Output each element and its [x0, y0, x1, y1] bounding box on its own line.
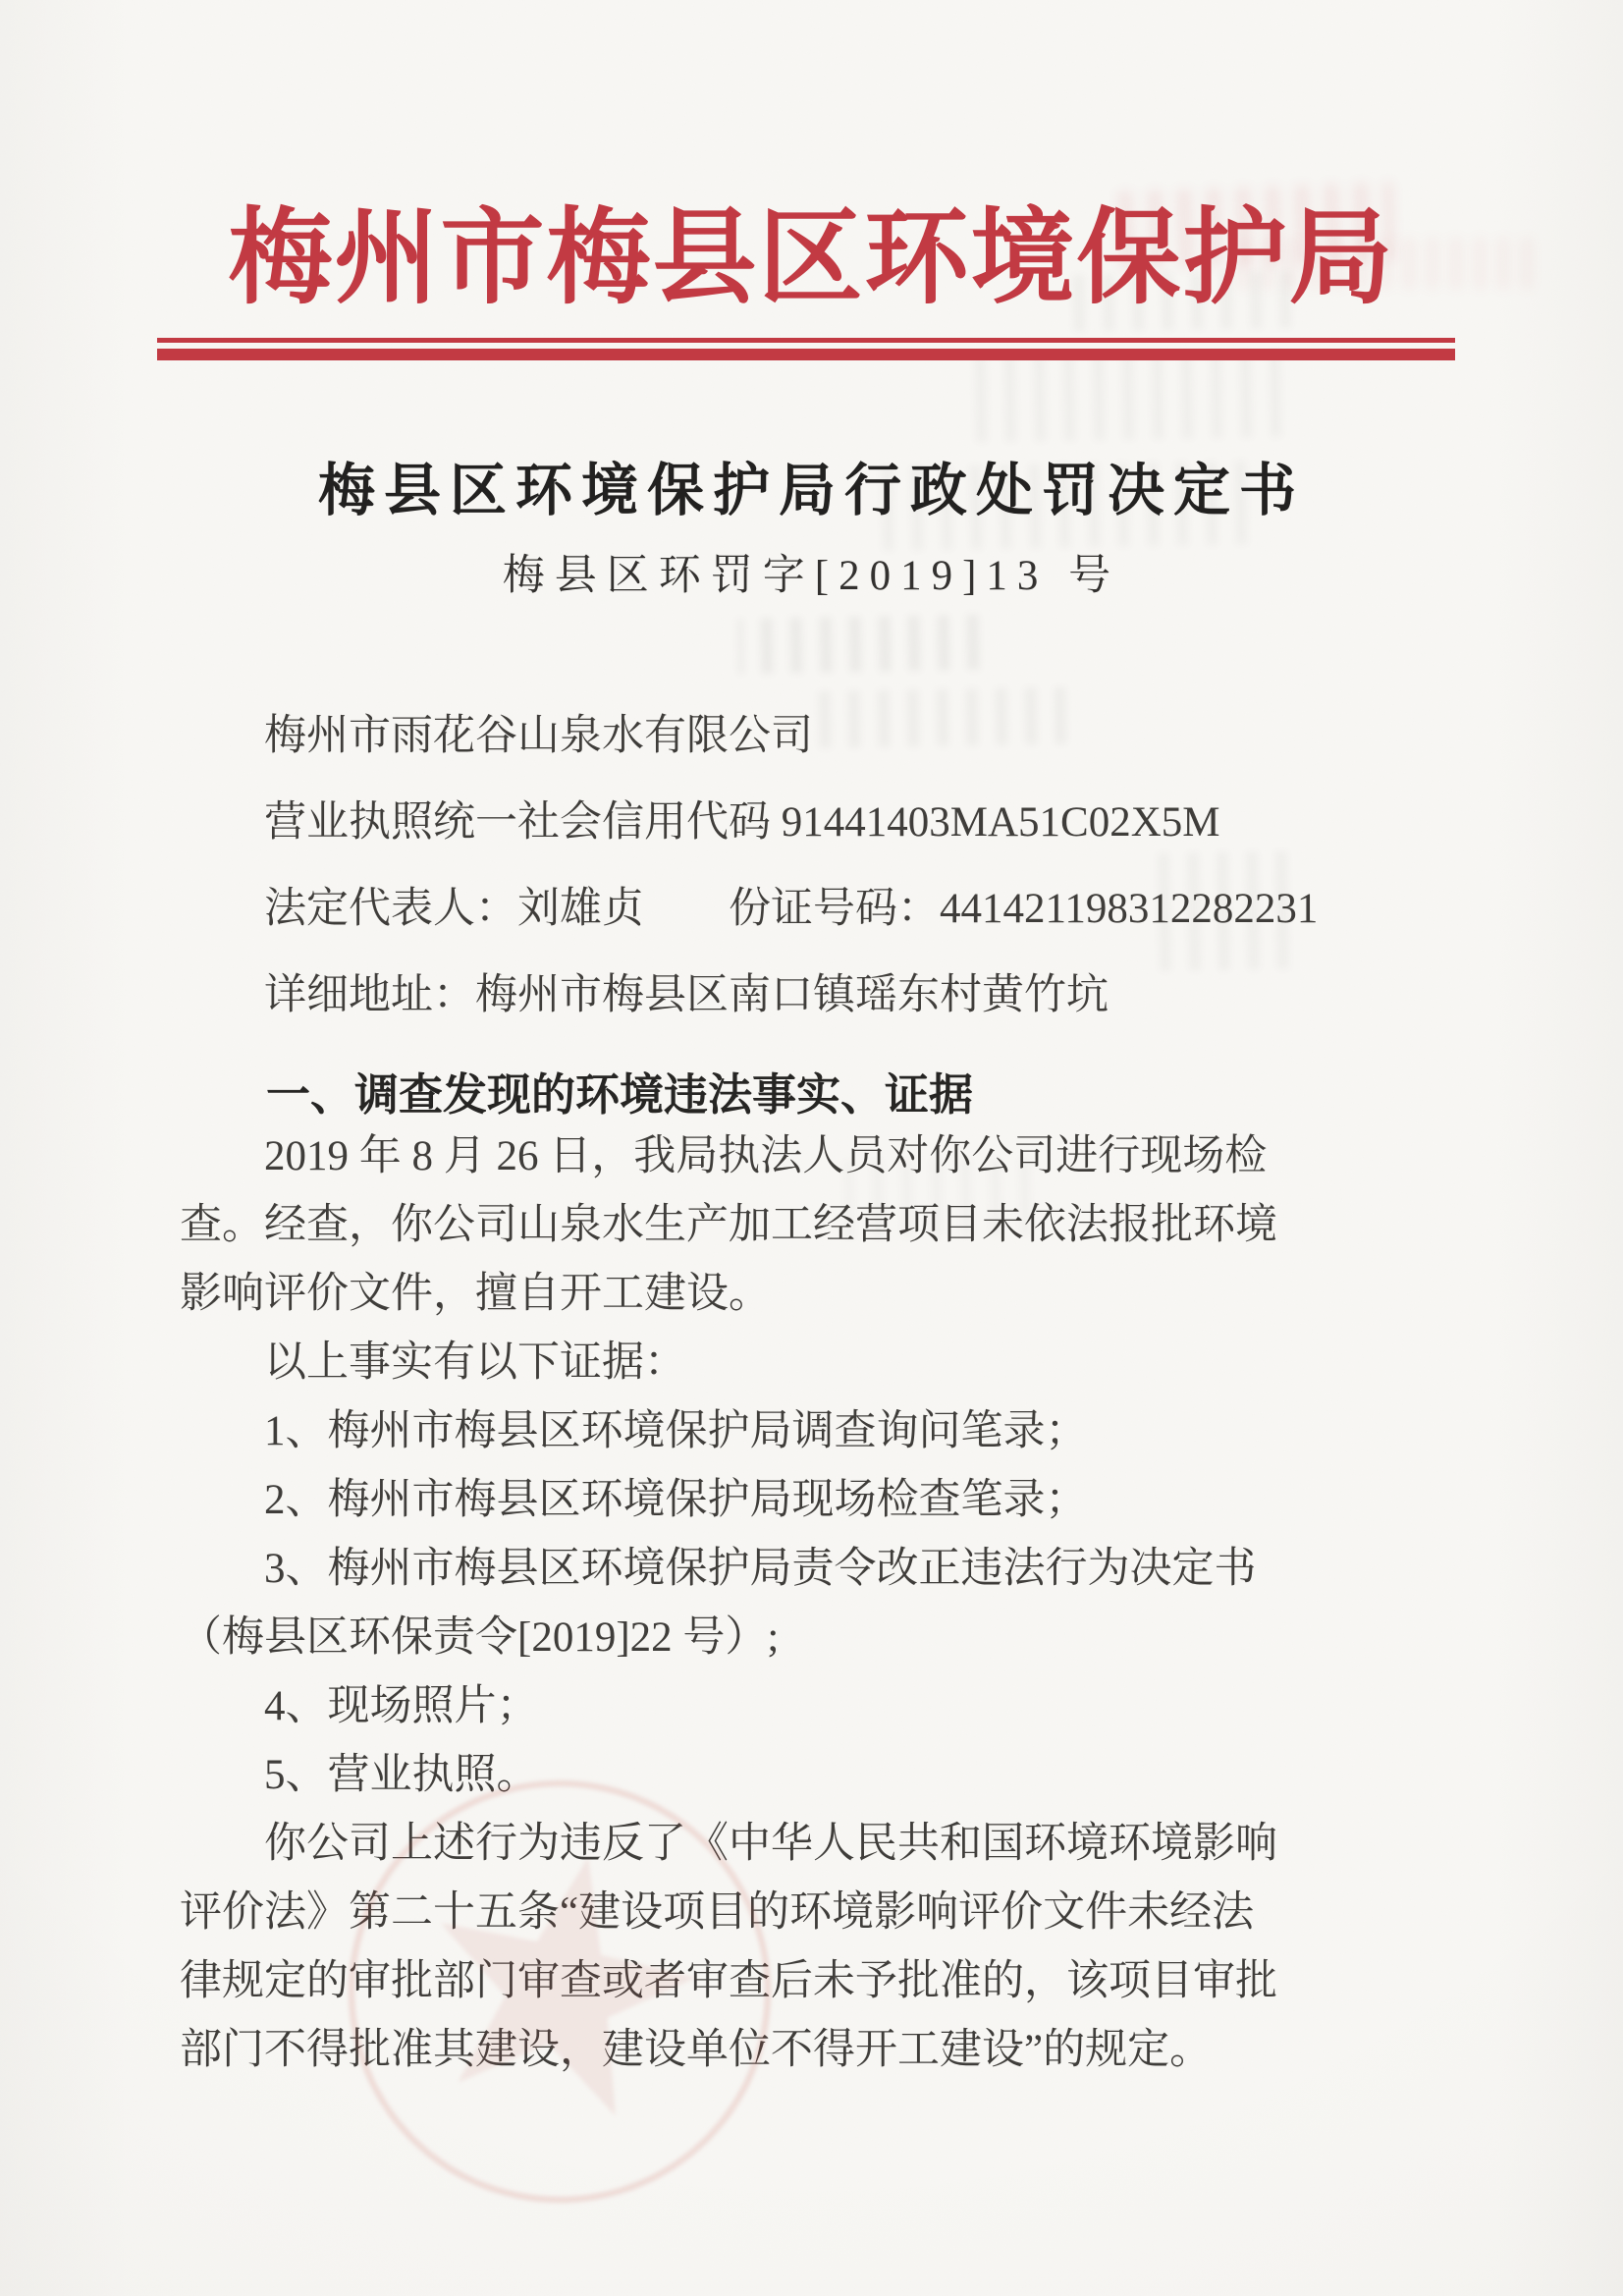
- body-line: 部门不得批准其建设，建设单位不得开工建设”的规定。: [180, 2016, 1486, 2085]
- document-number: 梅县区环罚字[2019]13 号: [0, 542, 1623, 602]
- agency-letterhead-title: 梅州市梅县区环境保护局: [0, 175, 1623, 324]
- body-line: 查。经查，你公司山泉水生产加工经营项目未依法报批环境: [180, 1191, 1486, 1260]
- bleed-through-ghost: [956, 351, 1281, 443]
- document-title: 梅县区环境保护局行政处罚决定书: [0, 444, 1623, 526]
- body-line: 1、梅州市梅县区环境保护局调查询问笔录；: [180, 1397, 1486, 1466]
- legal-basis-paragraph: 你公司上述行为违反了《中华人民共和国环境环境影响评价法》第二十五条“建设项目的环…: [180, 1810, 1486, 2085]
- recipient-line: 梅州市雨花谷山泉水有限公司: [180, 693, 1486, 780]
- letterhead-divider-rule: [157, 338, 1455, 360]
- recipient-line: 营业执照统一社会信用代码 91441403MA51C02X5M: [180, 780, 1486, 866]
- body-line: 2、梅州市梅县区环境保护局现场检查笔录；: [180, 1466, 1486, 1535]
- scanned-penalty-decision-page: 梅州市梅县区环境保护局 梅县区环境保护局行政处罚决定书 梅县区环罚字[2019]…: [0, 0, 1623, 2296]
- divider-thick-line: [157, 349, 1455, 360]
- body-line: 影响评价文件，擅自开工建设。: [180, 1260, 1486, 1329]
- body-line: （梅县区环保责令[2019]22 号）;: [180, 1604, 1486, 1672]
- recipient-line: 详细地址：梅州市梅县区南口镇瑶东村黄竹坑: [180, 953, 1486, 1039]
- body-line: 5、营业执照。: [180, 1741, 1486, 1810]
- body-line: 律规定的审批部门审查或者审查后未予批准的，该项目审批: [180, 1947, 1486, 2016]
- body-line: 3、梅州市梅县区环境保护局责令改正违法行为决定书: [180, 1535, 1486, 1604]
- body-line: 评价法》第二十五条“建设项目的环境影响评价文件未经法: [180, 1879, 1486, 1947]
- recipient-info-block: 梅州市雨花谷山泉水有限公司 营业执照统一社会信用代码 91441403MA51C…: [180, 693, 1486, 1039]
- bleed-through-ghost: [738, 615, 980, 674]
- recipient-line: 法定代表人：刘雄贞 份证号码：441421198312282231: [180, 866, 1486, 953]
- body-line: 4、现场照片；: [180, 1672, 1486, 1741]
- body-line: 以上事实有以下证据：: [180, 1329, 1486, 1397]
- body-line: 你公司上述行为违反了《中华人民共和国环境环境影响: [180, 1810, 1486, 1879]
- document-body: 2019 年 8 月 26 日，我局执法人员对你公司进行现场检查。经查，你公司山…: [180, 1122, 1486, 2085]
- body-line: 2019 年 8 月 26 日，我局执法人员对你公司进行现场检: [180, 1122, 1486, 1191]
- section-1-heading: 一、调查发现的环境违法事实、证据: [180, 1059, 1486, 1122]
- facts-paragraph: 2019 年 8 月 26 日，我局执法人员对你公司进行现场检查。经查，你公司山…: [180, 1122, 1486, 1329]
- evidence-list: 以上事实有以下证据： 1、梅州市梅县区环境保护局调查询问笔录； 2、梅州市梅县区…: [180, 1329, 1486, 1810]
